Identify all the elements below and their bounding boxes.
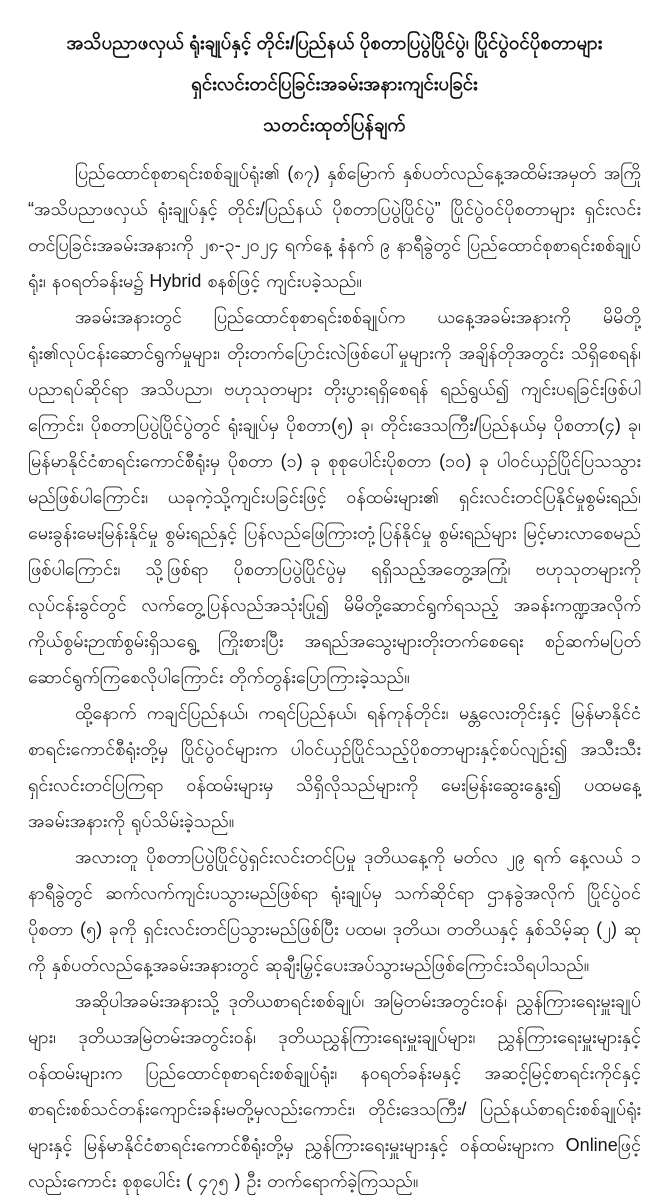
paragraph-1: ပြည်ထောင်စုစာရင်းစစ်ချုပ်ရုံး၏ (၈၇) နှစ်… bbox=[28, 155, 641, 299]
document-title: အသိပညာဖလှယ် ရုံးချုပ်နှင့် တိုင်း/ပြည်နယ… bbox=[28, 22, 641, 145]
paragraph-3: ထို့နောက် ကချင်ပြည်နယ်၊ ကရင်ပြည်နယ်၊ ရန်… bbox=[28, 695, 641, 839]
title-line-2: ရှင်းလင်းတင်ပြခြင်းအခမ်းအနားကျင်းပခြင်း bbox=[28, 63, 641, 104]
document-page: အသိပညာဖလှယ် ရုံးချုပ်နှင့် တိုင်း/ပြည်နယ… bbox=[0, 0, 669, 1200]
title-line-3: သတင်းထုတ်ပြန်ချက် bbox=[28, 104, 641, 145]
paragraph-4: အလားတူ ပိုစတာပြပွဲပြိုင်ပွဲရှင်းလင်းတင်ပ… bbox=[28, 839, 641, 983]
paragraph-2: အခမ်းအနားတွင် ပြည်ထောင်စုစာရင်းစစ်ချုပ်က… bbox=[28, 299, 641, 695]
document-body: ပြည်ထောင်စုစာရင်းစစ်ချုပ်ရုံး၏ (၈၇) နှစ်… bbox=[28, 155, 641, 1199]
paragraph-5: အဆိုပါအခမ်းအနားသို့ ဒုတိယစာရင်းစစ်ချုပ်၊… bbox=[28, 983, 641, 1199]
title-line-1: အသိပညာဖလှယ် ရုံးချုပ်နှင့် တိုင်း/ပြည်နယ… bbox=[28, 22, 641, 63]
